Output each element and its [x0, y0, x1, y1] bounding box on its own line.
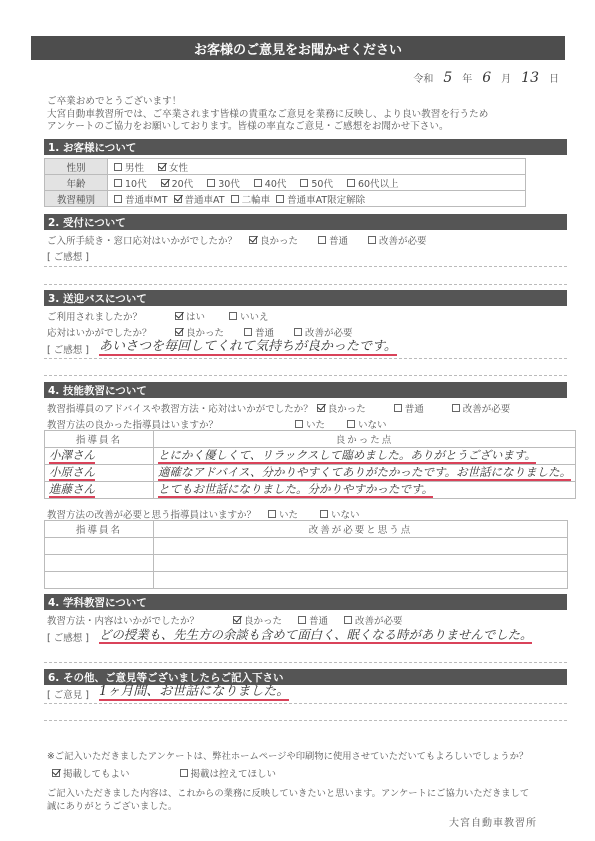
other-comment-text: 1ヶ月間、お世話になりました。	[99, 685, 289, 701]
course-type-row: 教習種別 普通車MT 普通車AT 二輪車 普通車AT限定解除	[45, 191, 526, 207]
age-30s-checkbox[interactable]: 30代	[207, 176, 240, 190]
lecture-normal-checkbox[interactable]: 普通	[298, 613, 328, 627]
checkbox-icon	[254, 179, 262, 187]
instructor-name-cell[interactable]	[45, 572, 154, 589]
section-1-heading: 1. お客様について	[44, 139, 567, 155]
checkbox-icon	[298, 616, 306, 624]
section-6-heading: 6. その他、ご意見等ございましたらご記入下さい	[44, 669, 567, 685]
school-signature: 大宮自動車教習所	[449, 814, 537, 829]
consent-question: ※ご記入いただきましたアンケートは、弊社ホームページや印刷物に使用させていただい…	[47, 751, 528, 764]
instructor-rating-question: 教習指導員のアドバイスや教習方法・応対はいかがでしたか？	[47, 401, 313, 415]
checkbox-checked-icon	[317, 404, 325, 412]
lecture-comment-text: どの授業も、先生方の余談も含めて面白く、眠くなる時がありませんでした。	[99, 628, 532, 644]
bus-service-row: 応対はいかがでしたか？ 良かった 普通 改善が必要	[47, 325, 353, 339]
gender-female-checkbox[interactable]: 女性	[158, 160, 188, 174]
good-instructor-table: 指導員名 良かった点 小澤さん とにかく優しくて、リラックスして臨めました。あり…	[44, 430, 576, 499]
bus-comment-text: あいさつを毎回してくれて気持ちが良かったです。	[99, 340, 397, 356]
gender-row: 性別 男性 女性	[45, 159, 526, 175]
intro-line: アンケートのご協力をお願いしております。皆様の率直なご意見・ご感想をお聞かせ下さ…	[47, 121, 488, 134]
age-40s-checkbox[interactable]: 40代	[254, 176, 287, 190]
instructor-name: 小澤さん	[49, 449, 95, 464]
checkbox-icon	[295, 420, 303, 428]
improve-instructor-question: 教習方法の改善が必要と思う指導員はいますか？	[47, 507, 256, 521]
improve-instructor-yes-checkbox[interactable]: いた	[268, 507, 298, 521]
lecture-rating-question: 教習方法・内容はいかがでしたか？	[47, 613, 233, 627]
improve-instructor-no-checkbox[interactable]: いない	[320, 507, 360, 521]
instructor-name: 進藤さん	[49, 483, 95, 498]
section-2-heading: 2. 受付について	[44, 214, 567, 230]
checkbox-icon	[394, 404, 402, 412]
checkbox-checked-icon	[249, 236, 257, 244]
checkbox-icon	[347, 420, 355, 428]
table-row	[45, 538, 568, 555]
checkbox-icon	[318, 236, 326, 244]
comment-line	[44, 266, 567, 267]
reception-normal-checkbox[interactable]: 普通	[318, 233, 348, 247]
reception-good-checkbox[interactable]: 良かった	[249, 233, 298, 247]
column-header: 改善が必要と思う点	[154, 521, 568, 538]
course-mt-checkbox[interactable]: 普通車MT	[114, 192, 168, 206]
reception-question-row: ご入所手続き・窓口応対はいかがでしたか？ 良かった 普通 改善が必要	[47, 233, 427, 247]
checkbox-icon	[268, 510, 276, 518]
gender-male-checkbox[interactable]: 男性	[114, 160, 144, 174]
instructor-comment: とにかく優しくて、リラックスして臨めました。ありがとうございます。	[158, 449, 536, 464]
checkbox-icon	[294, 328, 302, 336]
table-header-row: 指導員名 良かった点	[45, 431, 576, 448]
lecture-rating-row: 教習方法・内容はいかがでしたか？ 良かった 普通 改善が必要	[47, 613, 403, 627]
date-year[interactable]: 5	[443, 70, 452, 86]
checkbox-checked-icon	[233, 616, 241, 624]
instructor-comment-cell[interactable]	[154, 572, 568, 589]
consent-decline-checkbox[interactable]: 掲載は控えてほしい	[180, 766, 277, 780]
good-instructor-row: 教習方法の良かった指導員はいますか？ いた いない	[47, 417, 387, 431]
checkbox-icon	[300, 179, 308, 187]
checkbox-checked-icon	[175, 328, 183, 336]
reception-improve-checkbox[interactable]: 改善が必要	[368, 233, 427, 247]
intro-line: 大宮自動車教習所では、ご卒業されます皆様の貴重なご意見を業務に反映し、より良い教…	[47, 109, 488, 122]
checkbox-icon	[244, 328, 252, 336]
table-row	[45, 555, 568, 572]
checkbox-icon	[347, 179, 355, 187]
bus-service-improve-checkbox[interactable]: 改善が必要	[294, 325, 353, 339]
date-month-unit: 月	[501, 70, 511, 85]
course-motorcycle-checkbox[interactable]: 二輪車	[231, 192, 271, 206]
checkbox-checked-icon	[161, 179, 169, 187]
checkbox-icon	[231, 195, 239, 203]
consent-options: 掲載してもよい 掲載は控えてほしい	[52, 766, 276, 780]
checkbox-icon	[114, 163, 122, 171]
comment-line	[44, 662, 567, 663]
consent-allow-checkbox[interactable]: 掲載してもよい	[52, 766, 130, 780]
checkbox-icon	[114, 179, 122, 187]
section-5-heading: 4. 学科教習について	[44, 594, 567, 610]
comment-line	[44, 358, 567, 359]
age-10s-checkbox[interactable]: 10代	[114, 176, 147, 190]
column-header: 良かった点	[154, 431, 576, 448]
instructor-comment-cell[interactable]	[154, 555, 568, 572]
age-60s-plus-checkbox[interactable]: 60代以上	[347, 176, 399, 190]
good-instructor-question: 教習方法の良かった指導員はいますか？	[47, 417, 295, 431]
date-era: 令和	[413, 70, 433, 85]
table-row: 小原さん 適確なアドバイス、分かりやすくてありがたかったです。お世話になりました…	[45, 465, 576, 482]
checkbox-icon	[320, 510, 328, 518]
bus-comment[interactable]: [ ご感想 ] あいさつを毎回してくれて気持ちが良かったです。	[47, 340, 397, 356]
checkbox-icon	[344, 616, 352, 624]
closing-text: ご記入いただきました内容は、これからの業務に反映していきたいと思います。アンケー…	[47, 788, 529, 813]
form-title: お客様のご意見をお聞かせください	[31, 36, 565, 60]
closing-line: 誠にありがとうございました。	[47, 801, 529, 814]
date-field: 令和 5 年 6 月 13 日	[413, 70, 559, 86]
date-year-unit: 年	[462, 70, 472, 85]
instructor-comment-cell[interactable]	[154, 538, 568, 555]
checkbox-icon	[114, 195, 122, 203]
checkbox-checked-icon	[175, 312, 183, 320]
lecture-comment[interactable]: [ ご感想 ] どの授業も、先生方の余談も含めて面白く、眠くなる時がありませんで…	[47, 628, 532, 644]
date-day-unit: 日	[549, 70, 559, 85]
bus-usage-no-checkbox[interactable]: いいえ	[229, 309, 269, 323]
lecture-good-checkbox[interactable]: 良かった	[233, 613, 282, 627]
age-label: 年齢	[45, 175, 108, 191]
section-4-heading: 4. 技能教習について	[44, 382, 567, 398]
date-month[interactable]: 6	[482, 70, 491, 86]
instructor-comment: とてもお世話になりました。分かりやすかったです。	[158, 483, 433, 498]
instructor-improve-checkbox[interactable]: 改善が必要	[452, 401, 511, 415]
comment-line	[44, 284, 567, 285]
course-type-label: 教習種別	[45, 191, 108, 207]
age-row: 年齢 10代 20代 30代 40代 50代 60代以上	[45, 175, 526, 191]
instructor-good-checkbox[interactable]: 良かった	[317, 401, 366, 415]
comment-line	[44, 703, 567, 704]
reception-comment[interactable]: [ ご感想 ]	[47, 249, 89, 263]
column-header: 指導員名	[45, 431, 154, 448]
lecture-improve-checkbox[interactable]: 改善が必要	[344, 613, 403, 627]
other-comment[interactable]: [ ご意見 ] 1ヶ月間、お世話になりました。	[47, 685, 289, 701]
comment-label: [ ご感想 ]	[47, 630, 89, 644]
age-20s-checkbox[interactable]: 20代	[161, 176, 194, 190]
course-at-checkbox[interactable]: 普通車AT	[174, 192, 225, 206]
intro-text: ご卒業おめでとうございます！ 大宮自動車教習所では、ご卒業されます皆様の貴重なご…	[47, 96, 488, 134]
bus-usage-row: ご利用されましたか？ はい いいえ	[47, 309, 269, 323]
instructor-comment: 適確なアドバイス、分かりやすくてありがたかったです。お世話になりました。	[158, 466, 571, 481]
comment-line	[44, 375, 567, 376]
table-row: 小澤さん とにかく優しくて、リラックスして臨めました。ありがとうございます。	[45, 448, 576, 465]
reception-question: ご入所手続き・窓口応対はいかがでしたか？	[47, 233, 237, 247]
intro-line: ご卒業おめでとうございます！	[47, 96, 488, 109]
improve-instructor-row: 教習方法の改善が必要と思う指導員はいますか？ いた いない	[47, 507, 360, 521]
comment-label: [ ご意見 ]	[47, 687, 89, 701]
checkbox-icon	[452, 404, 460, 412]
closing-line: ご記入いただきました内容は、これからの業務に反映していきたいと思います。アンケー…	[47, 788, 529, 801]
good-instructor-yes-checkbox[interactable]: いた	[295, 417, 325, 431]
date-day[interactable]: 13	[521, 70, 539, 86]
instructor-rating-row: 教習指導員のアドバイスや教習方法・応対はいかがでしたか？ 良かった 普通 改善が…	[47, 401, 510, 415]
improve-instructor-table: 指導員名 改善が必要と思う点	[44, 520, 568, 589]
instructor-name-cell[interactable]	[45, 555, 154, 572]
section-3-heading: 3. 送迎バスについて	[44, 290, 567, 306]
instructor-normal-checkbox[interactable]: 普通	[394, 401, 424, 415]
checkbox-icon	[276, 195, 284, 203]
bus-service-good-checkbox[interactable]: 良かった	[175, 325, 224, 339]
table-header-row: 指導員名 改善が必要と思う点	[45, 521, 568, 538]
good-instructor-no-checkbox[interactable]: いない	[347, 417, 387, 431]
checkbox-icon	[180, 769, 188, 777]
checkbox-checked-icon	[158, 163, 166, 171]
age-50s-checkbox[interactable]: 50代	[300, 176, 333, 190]
customer-info-table: 性別 男性 女性 年齢 10代 20代 30代 40代 50代 60代以上 教習…	[44, 158, 526, 207]
checkbox-icon	[368, 236, 376, 244]
instructor-name-cell[interactable]	[45, 538, 154, 555]
instructor-name: 小原さん	[49, 466, 95, 481]
course-at-limit-removal-checkbox[interactable]: 普通車AT限定解除	[276, 192, 365, 206]
comment-label: [ ご感想 ]	[47, 342, 89, 356]
column-header: 指導員名	[45, 521, 154, 538]
comment-line	[44, 720, 567, 721]
checkbox-icon	[229, 312, 237, 320]
gender-label: 性別	[45, 159, 108, 175]
bus-usage-question: ご利用されましたか？	[47, 309, 175, 323]
bus-usage-yes-checkbox[interactable]: はい	[175, 309, 205, 323]
bus-service-normal-checkbox[interactable]: 普通	[244, 325, 274, 339]
bus-service-question: 応対はいかがでしたか？	[47, 325, 175, 339]
table-row	[45, 572, 568, 589]
checkbox-checked-icon	[174, 195, 182, 203]
table-row: 進藤さん とてもお世話になりました。分かりやすかったです。	[45, 482, 576, 499]
comment-label: [ ご感想 ]	[47, 249, 89, 263]
checkbox-checked-icon	[52, 769, 60, 777]
checkbox-icon	[207, 179, 215, 187]
